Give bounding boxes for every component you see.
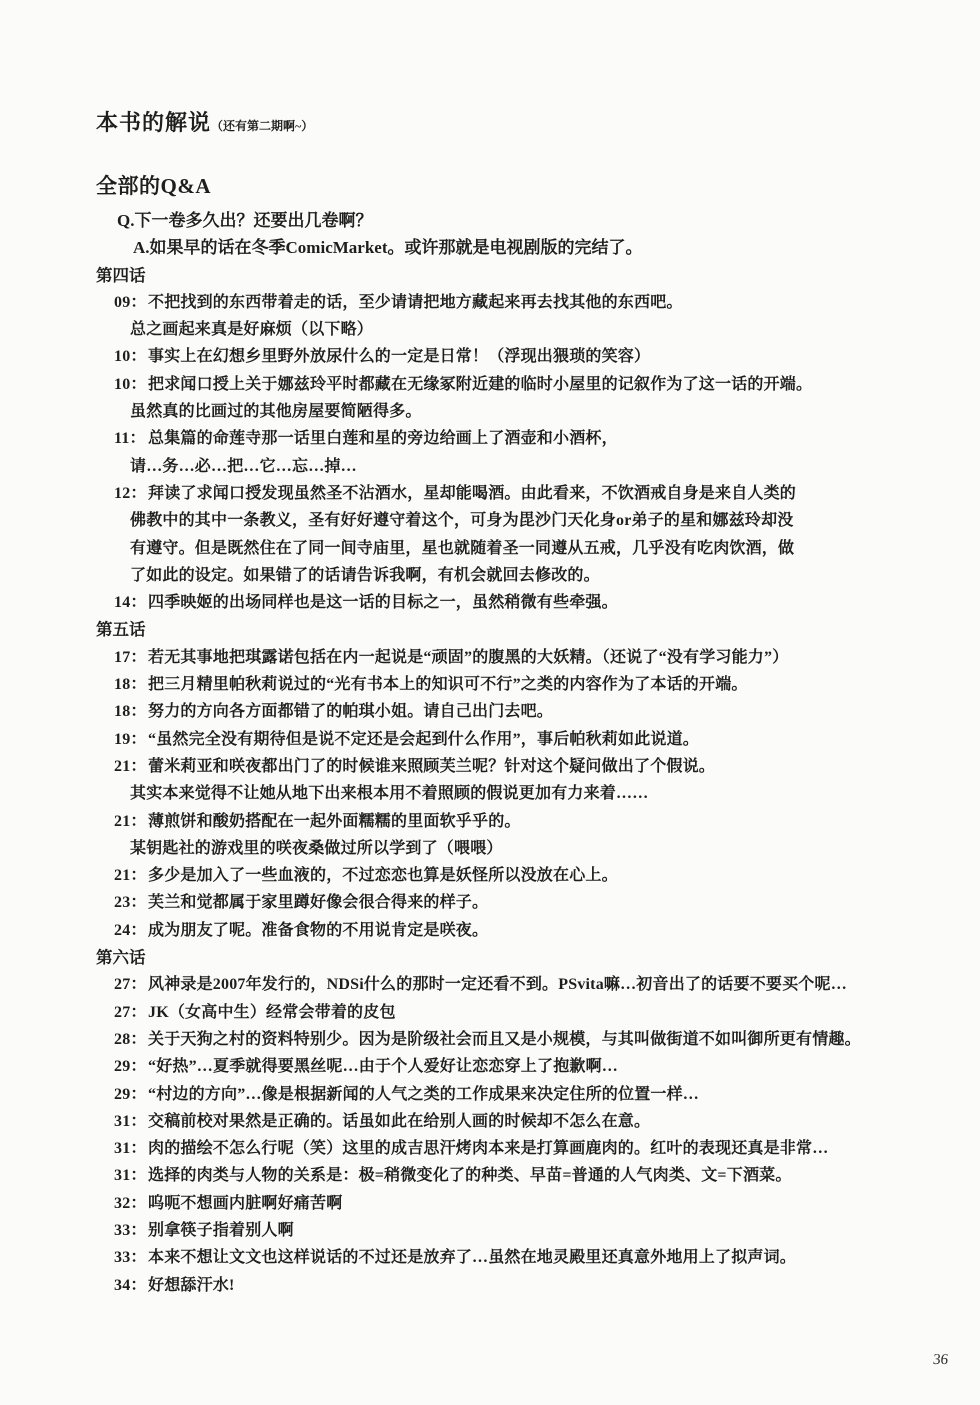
qa-entry: 23：芙兰和觉都属于家里蹲好像会很合得来的样子。 <box>96 889 922 916</box>
entry-number: 33： <box>114 1244 147 1271</box>
entry-text: “好热”…夏季就得要黑丝呢…由于个人爱好让恋恋穿上了抱歉啊… <box>148 1058 618 1075</box>
page-title-suffix: （还有第二期啊~） <box>211 119 313 133</box>
section-entries: 09：不把找到的东西带着走的话，至少请请把地方藏起来再去找其他的东西吧。 总之画… <box>96 289 922 617</box>
entry-text: 四季映姬的出场同样也是这一话的目标之一，虽然稍微有些牵强。 <box>148 594 618 611</box>
entry-text: 肉的描绘不怎么行呢（笑）这里的成吉思汗烤肉本来是打算画鹿肉的。红叶的表现还真是非… <box>148 1140 828 1157</box>
entry-text: 多少是加入了一些血液的，不过恋恋也算是妖怪所以没放在心上。 <box>148 867 618 884</box>
entry-text: 把求闻口授上关于娜兹玲平时都藏在无缘冢附近建的临时小屋里的记叙作为了这一话的开端… <box>148 376 812 393</box>
qa-entry: 21：薄煎饼和酸奶搭配在一起外面糯糯的里面软乎乎的。 <box>96 808 922 835</box>
entry-continuation: 有遵守。但是既然住在了同一间寺庙里，星也就随着圣一同遵从五戒，几乎没有吃肉饮酒，… <box>96 535 922 562</box>
entry-text: JK（女高中生）经常会带着的皮包 <box>148 1004 396 1021</box>
entry-number: 21： <box>114 862 147 889</box>
qa-entry: 33：别拿筷子指着别人啊 <box>96 1217 922 1244</box>
entry-number: 14： <box>114 589 147 616</box>
qa-entry: 34：好想舔汗水! <box>96 1272 922 1299</box>
qa-entry: 14：四季映姬的出场同样也是这一话的目标之一，虽然稍微有些牵强。 <box>96 589 922 616</box>
entry-continuation: 了如此的设定。如果错了的话请告诉我啊，有机会就回去修改的。 <box>96 562 922 589</box>
qa-entry: 27：风神录是2007年发行的，NDSi什么的那时一定还看不到。PSvita嘛…… <box>96 971 922 998</box>
entry-continuation: 佛教中的其中一条教义，圣有好好遵守着这个，可身为毘沙门天化身or弟子的星和娜兹玲… <box>96 507 922 534</box>
entry-text: 拜读了求闻口授发现虽然圣不沾酒水，星却能喝酒。由此看来，不饮酒戒自身是来自人类的 <box>148 485 796 502</box>
page-title: 本书的解说（还有第二期啊~） <box>96 106 922 137</box>
section: 第四话 09：不把找到的东西带着走的话，至少请请把地方藏起来再去找其他的东西吧。… <box>96 262 922 617</box>
qa-entry: 33：本来不想让文文也这样说话的不过还是放弃了…虽然在地灵殿里还真意外地用上了拟… <box>96 1244 922 1271</box>
qa-entry: 31：交稿前校对果然是正确的。话虽如此在给别人画的时候却不怎么在意。 <box>96 1108 922 1135</box>
entry-number: 33： <box>114 1217 147 1244</box>
entry-number: 21： <box>114 808 147 835</box>
entry-text: 好想舔汗水! <box>148 1277 235 1294</box>
section: 第六话 27：风神录是2007年发行的，NDSi什么的那时一定还看不到。PSvi… <box>96 944 922 1299</box>
entry-number: 34： <box>114 1272 147 1299</box>
entry-text: 努力的方向各方面都错了的帕琪小姐。请自己出门去吧。 <box>148 703 553 720</box>
entry-number: 24： <box>114 917 147 944</box>
entry-text: 风神录是2007年发行的，NDSi什么的那时一定还看不到。PSvita嘛…初音出… <box>148 976 847 993</box>
entry-text: 总集篇的命莲寺那一话里白莲和星的旁边给画上了酒壶和小酒杯， <box>148 430 618 447</box>
qa-entry: 24：成为朋友了呢。准备食物的不用说肯定是咲夜。 <box>96 917 922 944</box>
qa-entry: 32：呜呃不想画内脏啊好痛苦啊 <box>96 1190 922 1217</box>
section-title: 第五话 <box>96 616 922 643</box>
qa-entry: 18：把三月精里帕秋莉说过的“光有书本上的知识可不行”之类的内容作为了本话的开端… <box>96 671 922 698</box>
page-number: 36 <box>932 1352 949 1369</box>
entry-number: 10： <box>114 343 147 370</box>
qa-entry: 19：“虽然完全没有期待但是说不定还是会起到什么作用”，事后帕秋莉如此说道。 <box>96 726 922 753</box>
entry-text: 蕾米莉亚和咲夜都出门了的时候谁来照顾芙兰呢？针对这个疑问做出了个假说。 <box>148 758 715 775</box>
qa-heading: 全部的Q&A <box>96 170 922 200</box>
entry-number: 12： <box>114 480 147 507</box>
entry-number: 09： <box>114 289 147 316</box>
qa-entry: 10：把求闻口授上关于娜兹玲平时都藏在无缘冢附近建的临时小屋里的记叙作为了这一话… <box>96 371 922 398</box>
entry-number: 31： <box>114 1108 147 1135</box>
qa-entry: 21：蕾米莉亚和咲夜都出门了的时候谁来照顾芙兰呢？针对这个疑问做出了个假说。 <box>96 753 922 780</box>
section-title: 第六话 <box>96 944 922 971</box>
qa-entry: 31：选择的肉类与人物的关系是：极=稍微变化了的种类、早苗=普通的人气肉类、文=… <box>96 1162 922 1189</box>
qa-entry: 29：“好热”…夏季就得要黑丝呢…由于个人爱好让恋恋穿上了抱歉啊… <box>96 1053 922 1080</box>
entry-text: 把三月精里帕秋莉说过的“光有书本上的知识可不行”之类的内容作为了本话的开端。 <box>148 676 748 693</box>
entry-text: 事实上在幻想乡里野外放尿什么的一定是日常！（浮现出猥琐的笑容） <box>148 348 650 365</box>
entry-number: 31： <box>114 1162 147 1189</box>
entry-number: 19： <box>114 726 147 753</box>
qa-entry: 11：总集篇的命莲寺那一话里白莲和星的旁边给画上了酒壶和小酒杯， <box>96 425 922 452</box>
entry-number: 18： <box>114 698 147 725</box>
qa-entry: 18：努力的方向各方面都错了的帕琪小姐。请自己出门去吧。 <box>96 698 922 725</box>
section-entries: 27：风神录是2007年发行的，NDSi什么的那时一定还看不到。PSvita嘛…… <box>96 971 922 1299</box>
entry-number: 11： <box>114 425 146 452</box>
entry-text: 薄煎饼和酸奶搭配在一起外面糯糯的里面软乎乎的。 <box>148 813 521 830</box>
entry-number: 29： <box>114 1081 147 1108</box>
entry-number: 32： <box>114 1190 147 1217</box>
section: 第五话 17：若无其事地把琪露诺包括在内一起说是“顽固”的腹黑的大妖精。（还说了… <box>96 616 922 944</box>
qa-entry: 09：不把找到的东西带着走的话，至少请请把地方藏起来再去找其他的东西吧。 <box>96 289 922 316</box>
qa-entry: 17：若无其事地把琪露诺包括在内一起说是“顽固”的腹黑的大妖精。（还说了“没有学… <box>96 644 922 671</box>
sections: 第四话 09：不把找到的东西带着走的话，至少请请把地方藏起来再去找其他的东西吧。… <box>96 262 922 1299</box>
entry-text: 芙兰和觉都属于家里蹲好像会很合得来的样子。 <box>148 894 488 911</box>
qa-entry: 28：关于天狗之村的资料特别少。因为是阶级社会而且又是小规模，与其叫做街道不如叫… <box>96 1026 922 1053</box>
entry-number: 17： <box>114 644 147 671</box>
entry-text: “村边的方向”…像是根据新闻的人气之类的工作成果来决定住所的位置一样… <box>148 1086 699 1103</box>
entry-continuation: 总之画起来真是好麻烦（以下略） <box>96 316 922 343</box>
qa-entry: 27：JK（女高中生）经常会带着的皮包 <box>96 999 922 1026</box>
entry-text: 关于天狗之村的资料特别少。因为是阶级社会而且又是小规模，与其叫做街道不如叫御所更… <box>148 1031 861 1048</box>
entry-number: 27： <box>114 971 147 998</box>
entry-text: 成为朋友了呢。准备食物的不用说肯定是咲夜。 <box>148 922 488 939</box>
entry-number: 28： <box>114 1026 147 1053</box>
document-page: 本书的解说（还有第二期啊~） 全部的Q&A Q.下一卷多久出？还要出几卷啊？ A… <box>0 0 980 1405</box>
entry-text: 选择的肉类与人物的关系是：极=稍微变化了的种类、早苗=普通的人气肉类、文=下酒菜… <box>148 1167 792 1184</box>
entry-text: 呜呃不想画内脏啊好痛苦啊 <box>148 1195 342 1212</box>
qa-entry: 21：多少是加入了一些血液的，不过恋恋也算是妖怪所以没放在心上。 <box>96 862 922 889</box>
entry-number: 29： <box>114 1053 147 1080</box>
entry-continuation: 请…务…必…把…它…忘…掉… <box>96 453 922 480</box>
entry-text: 别拿筷子指着别人啊 <box>148 1222 294 1239</box>
entry-text: 本来不想让文文也这样说话的不过还是放弃了…虽然在地灵殿里还真意外地用上了拟声词。 <box>148 1249 796 1266</box>
question-line: Q.下一卷多久出？还要出几卷啊？ <box>96 207 922 234</box>
entry-text: 交稿前校对果然是正确的。话虽如此在给别人画的时候却不怎么在意。 <box>148 1113 650 1130</box>
qa-entry: 12：拜读了求闻口授发现虽然圣不沾酒水，星却能喝酒。由此看来，不饮酒戒自身是来自… <box>96 480 922 507</box>
entry-number: 27： <box>114 999 147 1026</box>
qa-entry: 31：肉的描绘不怎么行呢（笑）这里的成吉思汗烤肉本来是打算画鹿肉的。红叶的表现还… <box>96 1135 922 1162</box>
entry-text: 不把找到的东西带着走的话，至少请请把地方藏起来再去找其他的东西吧。 <box>148 294 683 311</box>
qa-entry: 29：“村边的方向”…像是根据新闻的人气之类的工作成果来决定住所的位置一样… <box>96 1081 922 1108</box>
section-entries: 17：若无其事地把琪露诺包括在内一起说是“顽固”的腹黑的大妖精。（还说了“没有学… <box>96 644 922 944</box>
entry-number: 18： <box>114 671 147 698</box>
section-title: 第四话 <box>96 262 922 289</box>
entry-continuation: 虽然真的比画过的其他房屋要简陋得多。 <box>96 398 922 425</box>
entry-number: 23： <box>114 889 147 916</box>
entry-continuation: 其实本来觉得不让她从地下出来根本用不着照顾的假说更加有力来着…… <box>96 780 922 807</box>
entry-number: 10： <box>114 371 147 398</box>
entry-continuation: 某钥匙社的游戏里的咲夜桑做过所以学到了（喂喂） <box>96 835 922 862</box>
qa-entry: 10：事实上在幻想乡里野外放尿什么的一定是日常！（浮现出猥琐的笑容） <box>96 343 922 370</box>
page-title-text: 本书的解说 <box>96 110 211 135</box>
entry-text: 若无其事地把琪露诺包括在内一起说是“顽固”的腹黑的大妖精。（还说了“没有学习能力… <box>148 649 788 666</box>
entry-number: 21： <box>114 753 147 780</box>
answer-line: A.如果早的话在冬季ComicMarket。或许那就是电视剧版的完结了。 <box>96 234 922 261</box>
entry-text: “虽然完全没有期待但是说不定还是会起到什么作用”，事后帕秋莉如此说道。 <box>148 731 699 748</box>
entry-number: 31： <box>114 1135 147 1162</box>
